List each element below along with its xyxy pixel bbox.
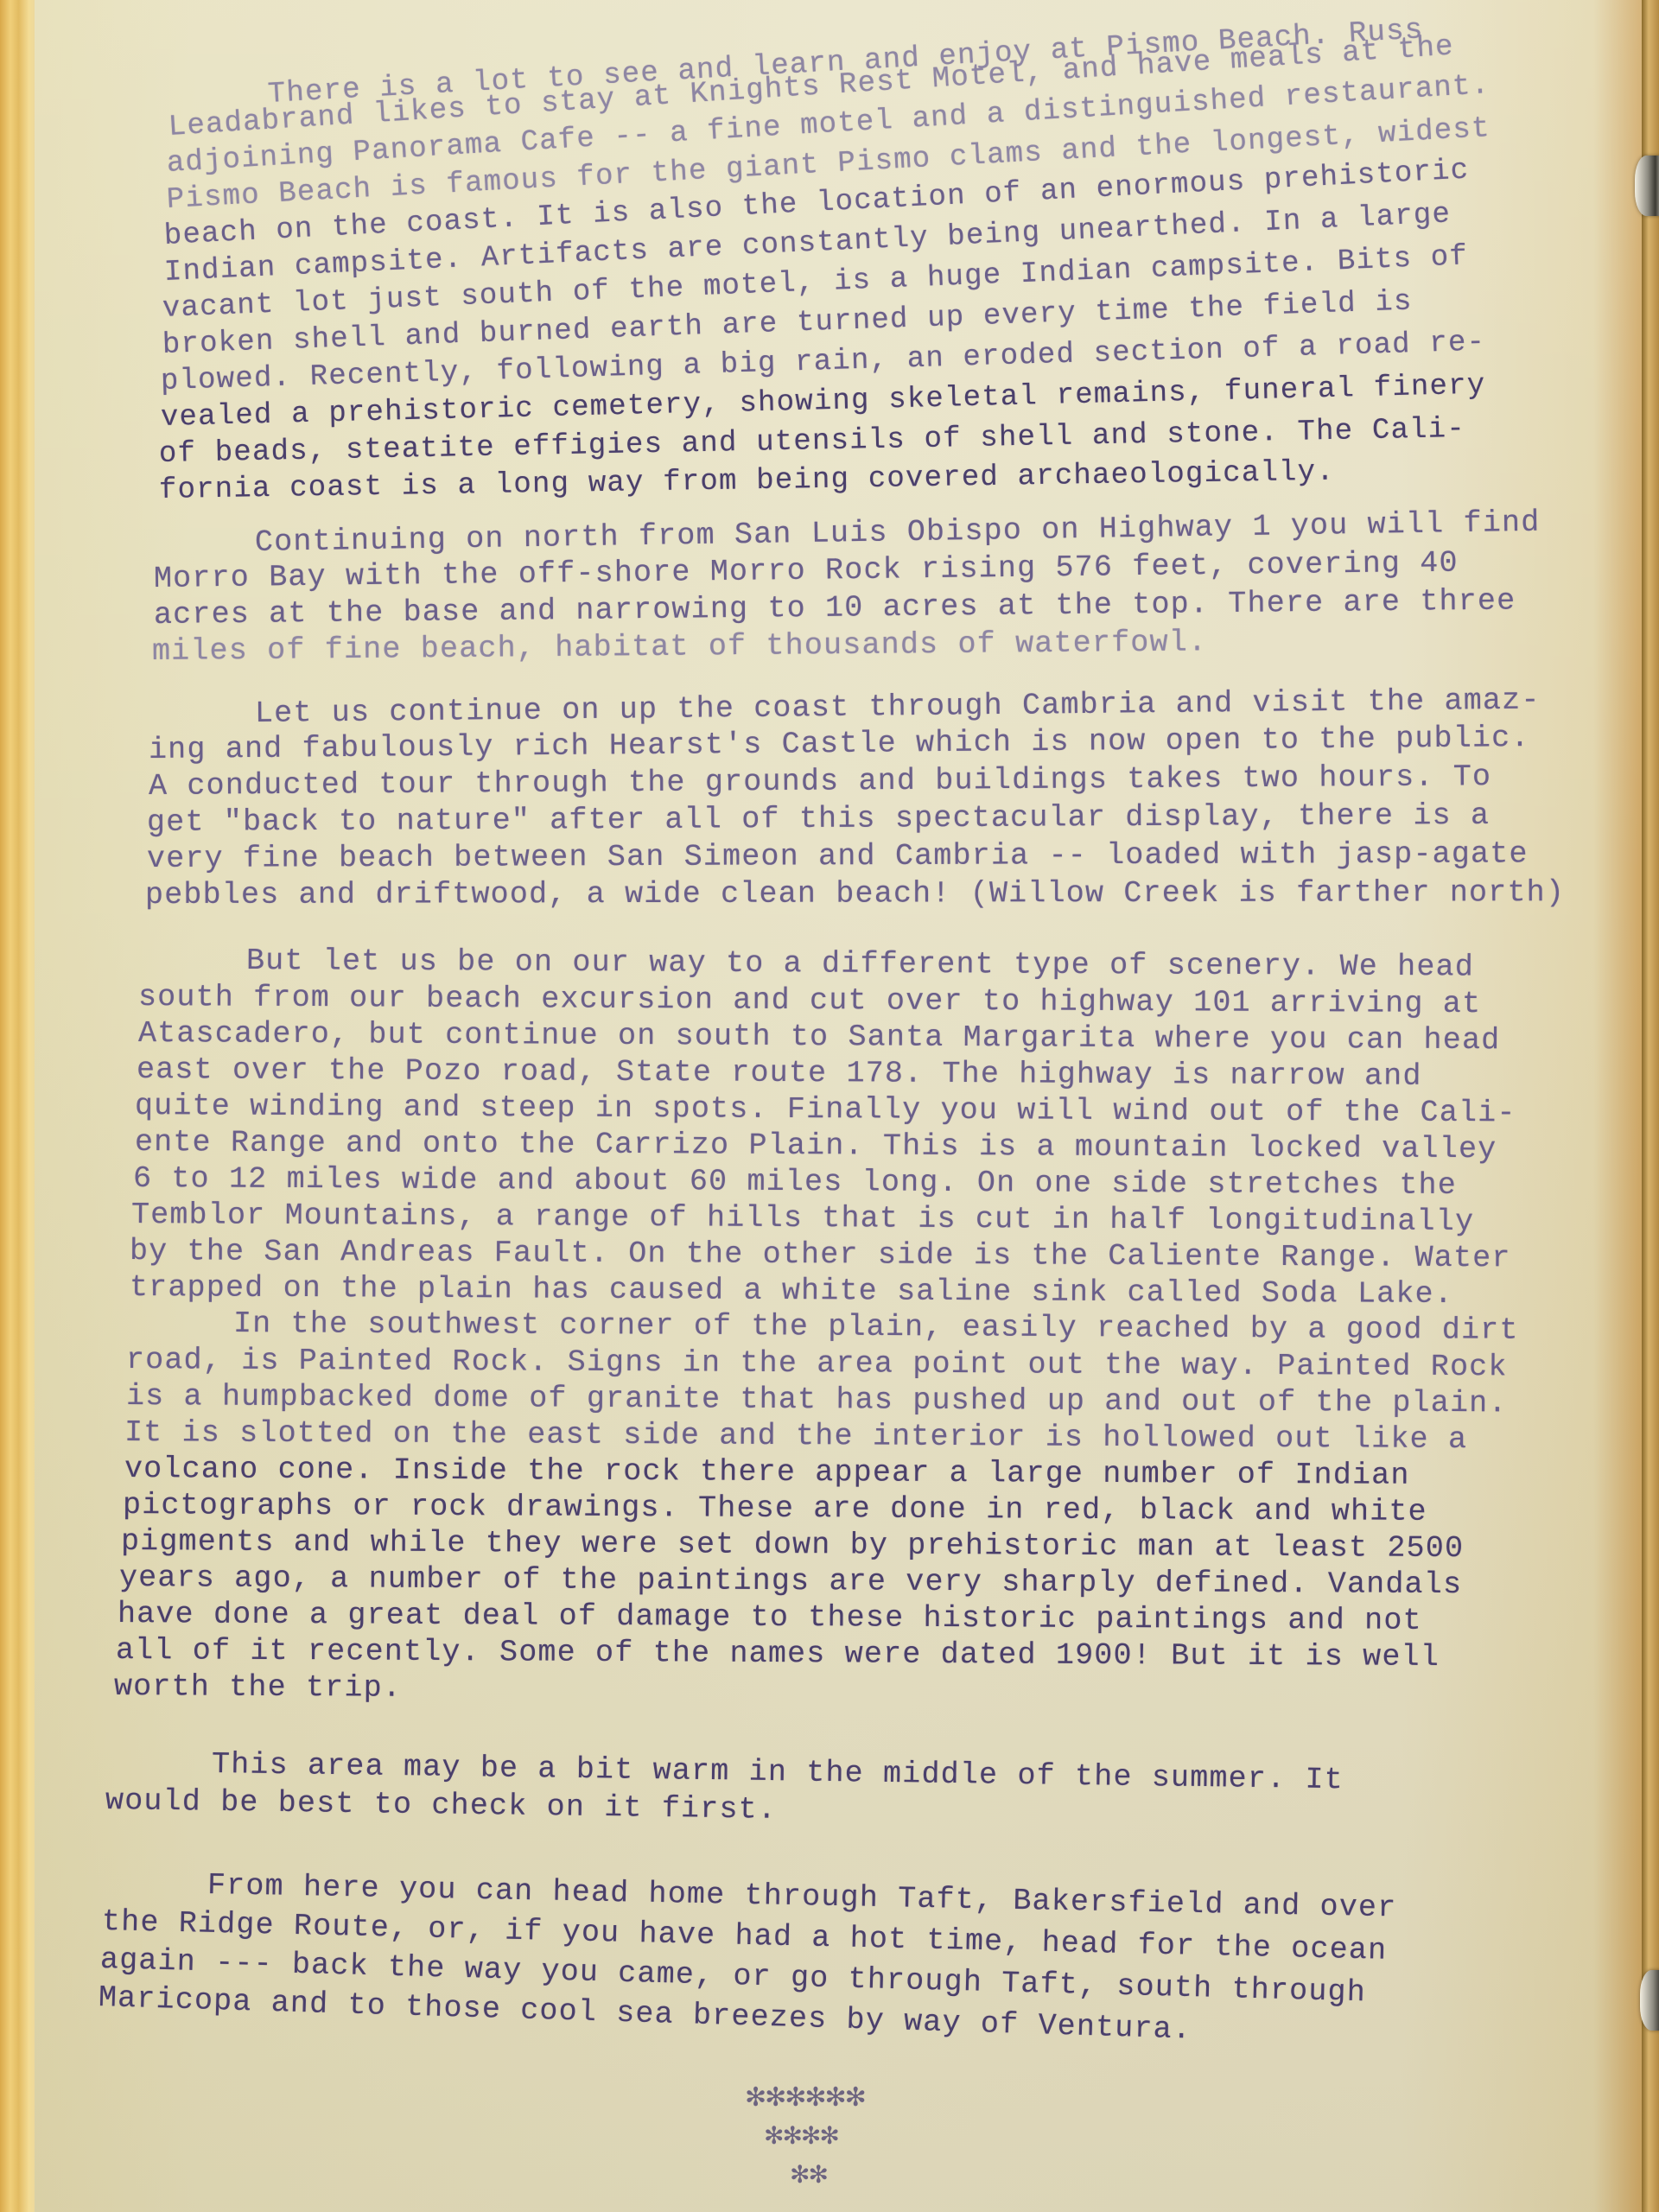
- text-line: Temblor Mountains, a range of hills that…: [131, 1198, 1474, 1239]
- ornament-row: ✻✻: [790, 2160, 827, 2189]
- text-line: 6 to 12 miles wide and about 60 miles lo…: [133, 1161, 1457, 1203]
- text-line: It is slotted on the east side and the i…: [124, 1415, 1467, 1457]
- text-line: pebbles and driftwood, a wide clean beac…: [145, 875, 1565, 912]
- text-line: miles of fine beach, habitat of thousand…: [152, 625, 1208, 669]
- text-line: east over the Pozo road, State route 178…: [137, 1052, 1422, 1094]
- text-line: pictographs or rock drawings. These are …: [123, 1488, 1427, 1529]
- document-text: There is a lot to see and learn and enjo…: [0, 0, 1659, 2212]
- text-line: ente Range and onto the Carrizo Plain. T…: [135, 1125, 1497, 1166]
- text-line: But let us be on our way to a different …: [246, 944, 1474, 984]
- text-line: get "back to nature" after all of this s…: [147, 798, 1490, 840]
- text-line: trapped on the plain has caused a white …: [130, 1270, 1453, 1312]
- text-line: A conducted tour through the grounds and…: [149, 760, 1491, 804]
- text-line: all of it recently. Some of the names we…: [116, 1633, 1440, 1675]
- text-line: volcano cone. Inside the rock there appe…: [124, 1452, 1410, 1493]
- text-line: have done a great deal of damage to thes…: [118, 1597, 1422, 1638]
- text-line: years ago, a number of the paintings are…: [119, 1560, 1462, 1602]
- text-line: quite winding and steep in spots. Finall…: [135, 1089, 1516, 1130]
- text-line: In the southwest corner of the plain, ea…: [233, 1306, 1519, 1348]
- text-line: Atascadero, but continue on south to San…: [138, 1016, 1501, 1058]
- text-line: pigments and while they were set down by…: [121, 1524, 1464, 1566]
- text-line: worth the trip.: [114, 1669, 402, 1706]
- text-line: road, is Painted Rock. Signs in the area…: [126, 1343, 1508, 1384]
- ornament-row: ✻✻✻✻: [764, 2121, 838, 2150]
- text-line: is a humpbacked dome of granite that has…: [126, 1379, 1508, 1421]
- text-line: south from our beach excursion and cut o…: [138, 980, 1481, 1021]
- text-line: by the San Andreas Fault. On the other s…: [130, 1234, 1511, 1275]
- ornament-row: ✻✻✻✻✻✻: [745, 2082, 865, 2113]
- text-line: would be best to check on it first.: [105, 1783, 778, 1827]
- text-line: very fine beach between San Simeon and C…: [147, 836, 1529, 876]
